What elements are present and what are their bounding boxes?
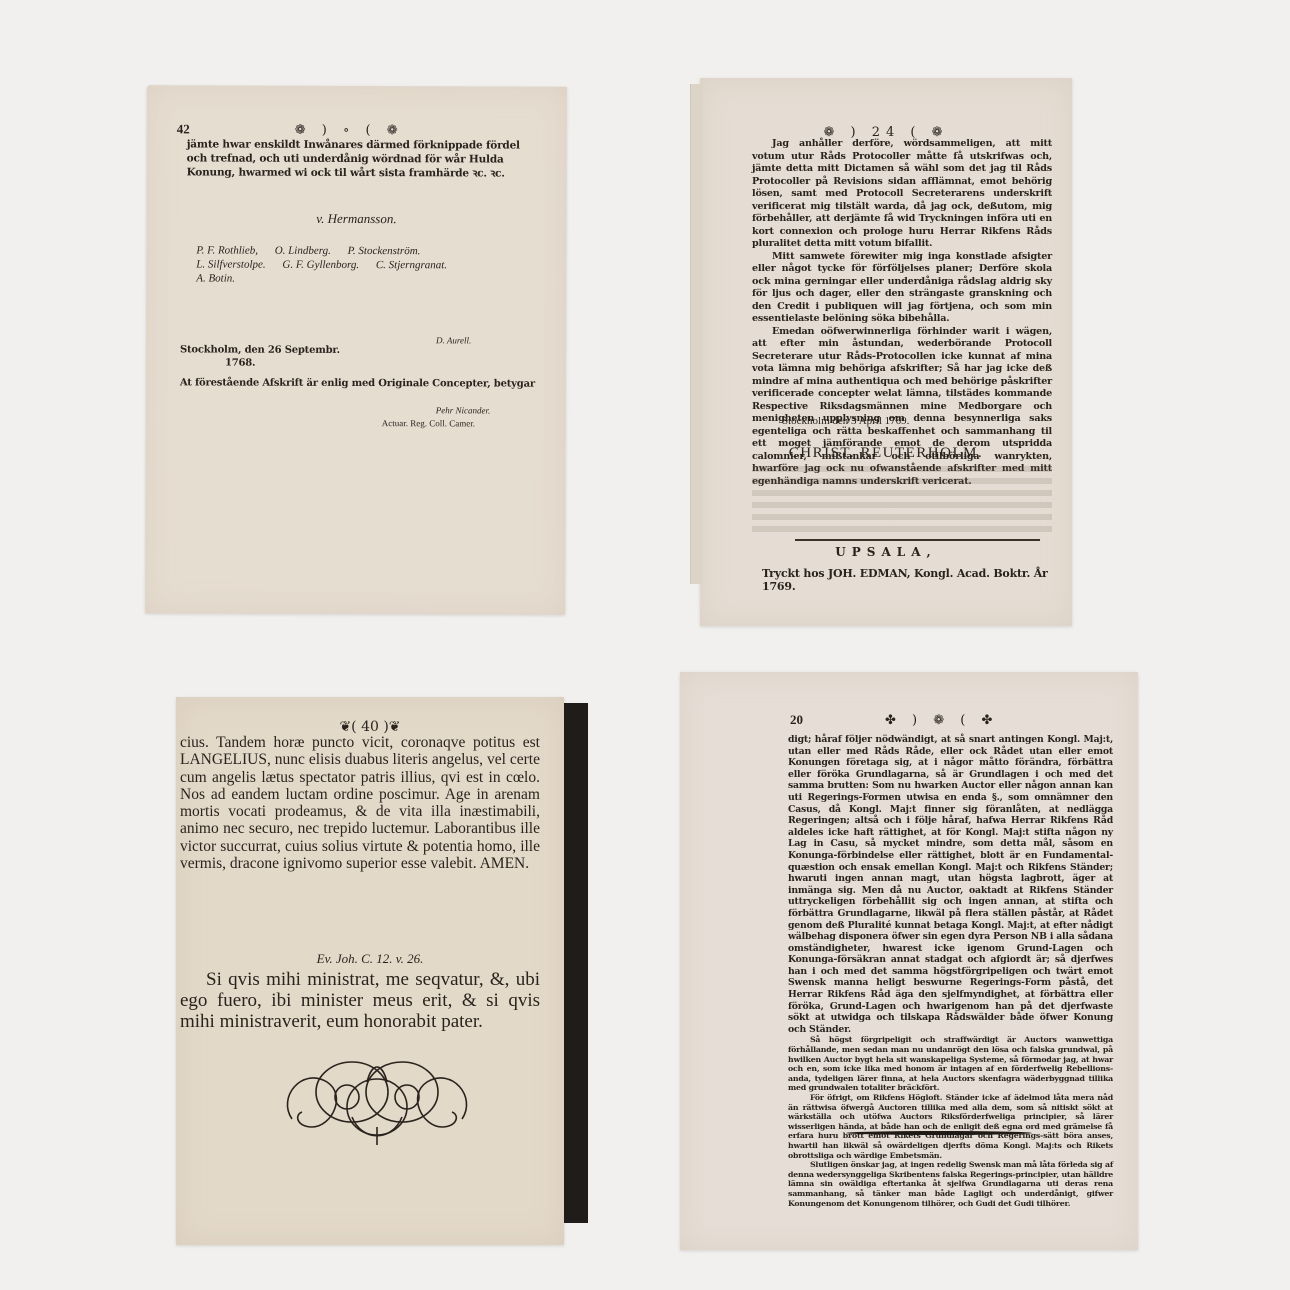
signatory-name: L. Silfverstolpe.	[196, 257, 265, 271]
black-spine-strip	[564, 703, 588, 1223]
header-ornament-icon: ❦( 40 )❦	[339, 719, 400, 735]
signatory-name: A. Botin.	[196, 271, 235, 285]
countersignature: D. Aurell.	[436, 335, 471, 345]
imprint-line: Tryckt hos JOH. EDMAN, Kongl. Acad. Bokt…	[762, 567, 1072, 593]
body-text: digt; håraf följer nödwändigt, at så sna…	[788, 734, 1113, 1208]
header-ornament-icon: ✤ ) ❁ ( ✤	[885, 713, 998, 728]
paragraph: Slutligen önskar jag, at ingen redelig S…	[788, 1160, 1113, 1208]
signature: v. Hermansson.	[146, 210, 566, 227]
author-name: CHRIST. REUTERHOLM.	[700, 445, 1072, 462]
signatory-names: P. F. Rothlieb, O. Lindberg. P. Stockens…	[196, 243, 461, 286]
verse-text: Si qvis mihi ministrat, me seqvatur, &, …	[176, 969, 540, 1032]
paragraph: För öfrigt, om Rikfens Högloft. Ständer …	[788, 1093, 1113, 1160]
date-line: Stockholm den 3 April 1769.	[782, 415, 909, 427]
page-number: 20	[790, 712, 803, 728]
document-page-24: ❁ ) 24 ( ❁ Jag anhåller derföre, wördsam…	[700, 78, 1072, 626]
end-rule-ornament	[846, 1131, 1032, 1135]
calligraphic-flourish-icon	[272, 1057, 482, 1147]
page-header: ❦( 40 )❦	[176, 719, 564, 735]
document-page-20: 20 ✤ ) ❁ ( ✤ digt; håraf följer nödwändi…	[680, 672, 1138, 1250]
attester-name: Pehr Nicander.	[436, 405, 491, 415]
paragraph: Mitt samwete förewiter mig inga konstlad…	[752, 251, 1052, 326]
document-page-40: ❦( 40 )❦ cius. Tandem horæ puncto vicit,…	[176, 697, 564, 1245]
page-header: 42 ❁ ) ∘ ( ❁	[147, 121, 567, 138]
page-header: 20 ✤ ) ❁ ( ✤	[680, 712, 1138, 728]
year-line: 1768.	[180, 356, 340, 370]
place-date: Stockholm, den 26 Septembr. 1768.	[180, 343, 340, 370]
body-text: jämte hwar enskildt Inwånares därmed för…	[187, 137, 542, 180]
signatory-name: O. Lindberg.	[275, 244, 331, 258]
show-through-text	[752, 466, 1052, 536]
scripture-reference: Ev. Joh. C. 12. v. 26.	[176, 951, 564, 967]
paragraph: Emedan oöfwerwinnerliga förhinder warit …	[752, 326, 1052, 489]
verse-paragraph: Si qvis mihi ministrat, me seqvatur, &, …	[180, 969, 540, 1032]
paragraph: Jag anhåller derföre, wördsammeligen, at…	[752, 138, 1052, 251]
place-line: Stockholm, den 26 Septembr.	[180, 343, 340, 357]
signatory-name: C. Stjerngranat.	[376, 258, 447, 272]
body-text: Jag anhåller derföre, wördsammeligen, at…	[752, 138, 1052, 488]
header-ornament-icon: ❁ ) ∘ ( ❁	[295, 122, 404, 137]
signatory-name: G. F. Gyllenborg.	[282, 258, 359, 272]
imprint-city: UPSALA,	[700, 545, 1072, 559]
attestation: At förestående Afskrift är enlig med Ori…	[180, 376, 540, 390]
paragraph: Så högst förgripeligit och straffwärdigt…	[788, 1035, 1113, 1093]
signatory-name: P. Stockenström.	[348, 244, 421, 258]
paragraph: digt; håraf följer nödwändigt, at så sna…	[788, 734, 1113, 1035]
page-number: 42	[177, 121, 190, 137]
body-text: cius. Tandem horæ puncto vicit, coronaqv…	[176, 734, 540, 872]
document-page-42: 42 ❁ ) ∘ ( ❁ jämte hwar enskildt Inwånar…	[145, 85, 567, 614]
attester-title: Actuar. Reg. Coll. Camer.	[382, 418, 475, 428]
signatory-name: P. F. Rothlieb,	[196, 243, 258, 257]
divider-rule	[795, 539, 1040, 541]
